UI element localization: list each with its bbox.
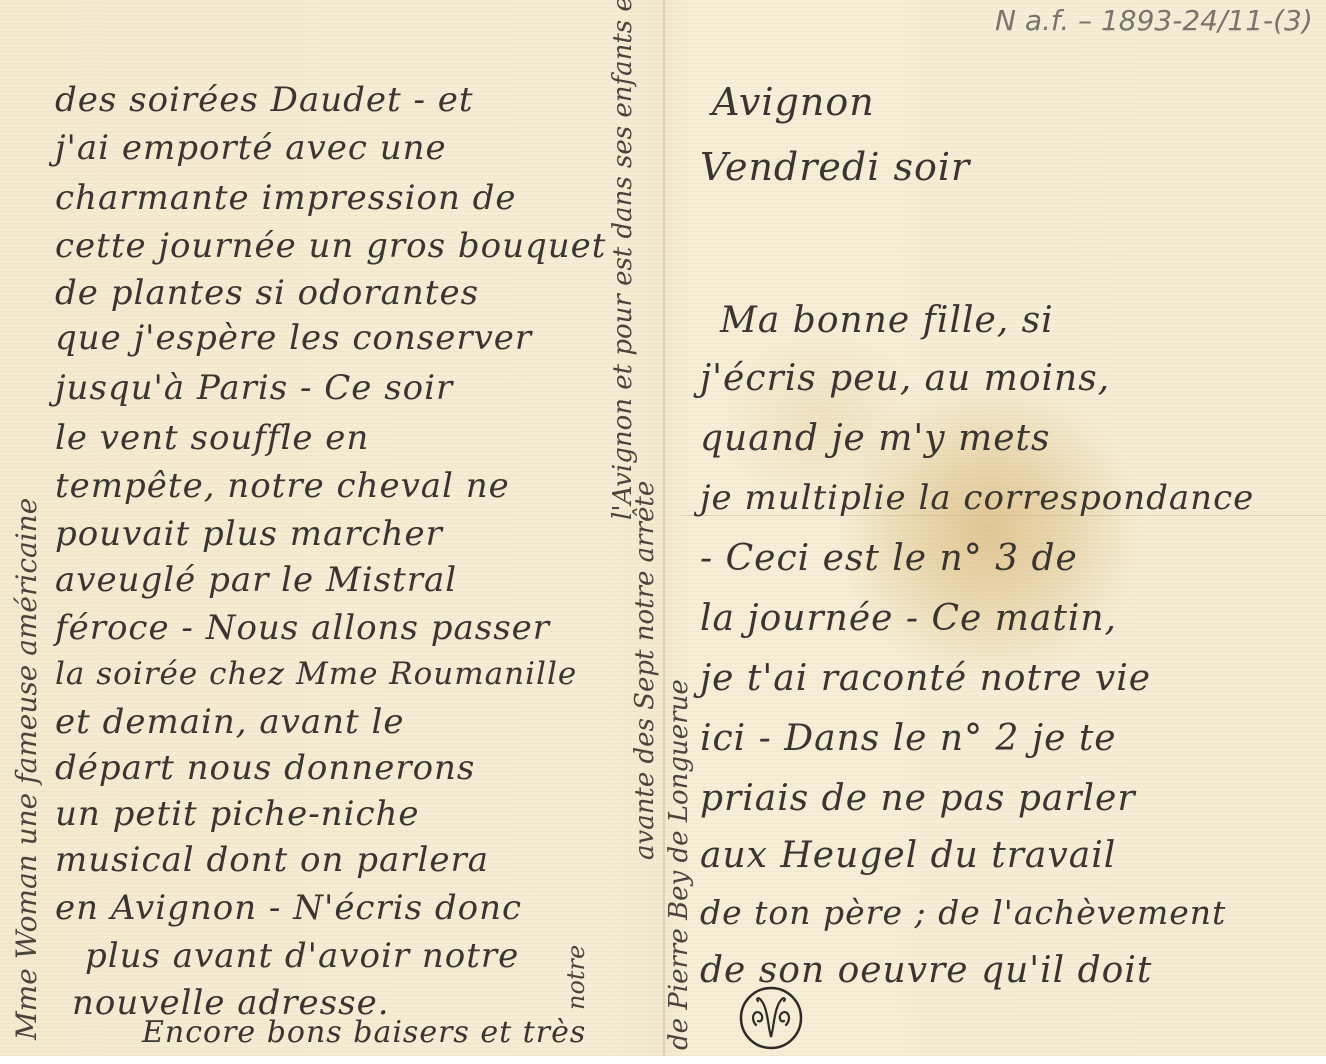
left-line-4: cette journée un gros bouquet xyxy=(55,226,606,266)
margin-note-center-bottom: notre xyxy=(562,945,590,1010)
archive-reference: N a.f. – 1893-24/11-(3) xyxy=(995,4,1313,37)
left-line-2: j'ai emporté avec une xyxy=(55,128,447,168)
left-line-7: jusqu'à Paris - Ce soir xyxy=(55,368,453,408)
right-line-6: la journée - Ce matin, xyxy=(700,598,1117,639)
right-line-3: quand je m'y mets xyxy=(700,418,1050,459)
left-line-16: un petit piche-niche xyxy=(55,794,420,834)
left-line-3: charmante impression de xyxy=(55,178,517,218)
left-line-14: et demain, avant le xyxy=(55,702,405,742)
right-line-8: ici - Dans le n° 2 je te xyxy=(700,718,1117,759)
margin-note-center-right: avante des Sept notre arrête xyxy=(630,481,660,860)
left-line-1: des soirées Daudet - et xyxy=(55,80,474,120)
left-line-6: que j'espère les conserver xyxy=(55,318,532,358)
left-line-18: en Avignon - N'écris donc xyxy=(55,888,522,928)
margin-note-center-far: de Pierre Bey de Longuerue xyxy=(664,679,694,1050)
letter-day: Vendredi soir xyxy=(700,145,970,189)
left-line-5: de plantes si odorantes xyxy=(55,273,479,313)
margin-note-far-left: Mme Woman une fameuse américaine xyxy=(10,498,43,1040)
left-line-19: plus avant d'avoir notre xyxy=(85,936,519,976)
left-line-8: le vent souffle en xyxy=(55,418,369,458)
right-line-1: Ma bonne fille, si xyxy=(720,300,1054,341)
left-line-12: féroce - Nous allons passer xyxy=(55,608,550,648)
letter-sheet: N a.f. – 1893-24/11-(3) Avignon Vendredi… xyxy=(0,0,1326,1056)
left-line-11: aveuglé par le Mistral xyxy=(55,560,457,600)
right-line-11: de ton père ; de l'achèvement xyxy=(700,893,1226,932)
left-line-17: musical dont on parlera xyxy=(55,840,489,880)
left-line-21: Encore bons baisers et très xyxy=(142,1015,586,1050)
left-line-10: pouvait plus marcher xyxy=(55,514,443,554)
right-line-9: priais de ne pas parler xyxy=(700,778,1136,819)
margin-note-center-left: l'Avignon et pour est dans ses enfants e… xyxy=(608,0,638,520)
right-line-2: j'écris peu, au moins, xyxy=(700,358,1110,399)
right-line-4: je multiplie la correspondance xyxy=(700,478,1254,518)
left-line-13: la soirée chez Mme Roumanille xyxy=(55,656,577,692)
monogram-icon xyxy=(738,985,804,1051)
left-line-9: tempête, notre cheval ne xyxy=(55,466,510,506)
right-line-7: je t'ai raconté notre vie xyxy=(700,658,1151,699)
letter-place: Avignon xyxy=(712,80,875,124)
left-line-15: départ nous donnerons xyxy=(55,748,475,788)
right-line-5: - Ceci est le n° 3 de xyxy=(700,538,1078,579)
right-line-10: aux Heugel du travail xyxy=(700,835,1116,876)
